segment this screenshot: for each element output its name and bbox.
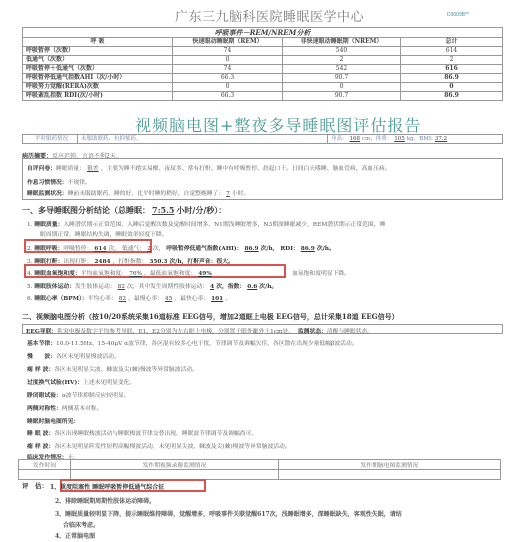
sleep-breathing-line: 2. 睡眠呼吸：呼吸暂停：614次， 低通气：2次， 呼吸暂停低通气指数(AHI… — [27, 243, 335, 252]
eeg-line-slow-wave: 慢 波：各区未见明显慢波活动。 — [27, 351, 120, 360]
table-row: 呼吸紊乱指数 RDI(次/小时) 66.3 90.7 86.9 — [23, 92, 503, 101]
eeg-line-eye-test: 睁闭眼试验：α波节律抑制反应较明显。 — [27, 390, 129, 399]
oxygen-note: 血氧饱和度明显下降。 — [292, 268, 350, 277]
height-value: 168 — [348, 136, 363, 142]
medication-value: 未服助眠药、抗抑郁药。 — [78, 135, 328, 144]
eeg-line-symmetry: 两侧对称性：两侧基本对称。 — [27, 403, 102, 412]
table-row: 呼吸暂停（次数） 74 540 614 — [23, 47, 503, 56]
col-header: 总计 — [401, 38, 503, 47]
eeg-line-basic-rhythm: 基本节律：10.0-11.5Hz、15-40μV α波节律，各区混有较多心电干扰… — [27, 338, 358, 347]
section1-title: 一、多导睡眠图分析结论（总睡眠：7:5.5小时/分/秒）： — [22, 205, 226, 216]
col-header: 快速眼动睡眠期（REM） — [173, 38, 283, 47]
rem-nrem-table: 呼吸事件－REM/NREM分析 呼 吸 快速眼动睡眠期（REM） 非快速眼动睡眠… — [22, 27, 503, 101]
hospital-title: 广东三九脑科医院睡眠医学中心 — [175, 6, 364, 25]
questionnaire-line: 自评问卷：睡眠质量：很差，主要为睡不踏实易醒、夜尿多、常有打鼾、睡中有呼吸暂停、… — [27, 163, 390, 172]
eeg-lead-box: EEG导联：乳突电极及数字平均参考导联，E1、E2分别为左右眶上电极，分别置于眼… — [22, 324, 503, 334]
eeg-line-sleep-header: 睡眠时脑电图所见： — [27, 416, 79, 425]
col-header: 发作时间 — [19, 460, 71, 470]
sleep-quality-line-2: 眠周期正常，睡眠结构失调，睡眠效率轻度下降。 — [40, 229, 168, 238]
patient-info-table: 平时服药情况 未服助眠药、抗抑郁药。 身高：168cm；体重：105kg，BMI… — [22, 134, 503, 144]
report-title: 视频脑电图+整夜多导睡眠图评估报告 — [135, 113, 421, 136]
medication-label: 平时服药情况 — [23, 135, 78, 144]
eeg-line-epileptiform: 痫 样 波：各区未见明显尖波、棘波及尖(棘)慢波等异常脑波活动。 — [27, 364, 198, 373]
habit-line: 作息习惯情况：不规律。 — [27, 177, 91, 186]
col-header: 呼 吸 — [23, 38, 173, 47]
table-row: 呼吸暂停低通气指数AHI（次/小时） 66.3 90.7 86.9 — [23, 74, 503, 83]
table-row: 呼吸暂停＋低通气（次数） 74 542 616 — [23, 65, 503, 74]
report-page: 广东三九脑科医院睡眠医学中心 D3009B** 呼吸事件－REM/NREM分析 … — [0, 0, 525, 542]
eeg-line-sleep-wave: 睡 眠 波：各区出现睡眠梭波活动与睡眠梭波节律交替出现，睡眠波节律调节及调幅尚可… — [27, 428, 257, 437]
table-caption: 呼吸事件－REM/NREM分析 — [23, 28, 503, 38]
col-header: 发作期脑电图监测情况 — [279, 460, 501, 470]
weight-value: 105 — [392, 136, 407, 142]
evaluation-item-3: 3、睡眠质量较明显下降，提示睡眠维持障碍，觉醒增多，呼吸事件关联觉醒617次，浅… — [55, 509, 402, 518]
col-header: 非快速眼动睡眠期（NREM） — [283, 38, 401, 47]
evaluation-item-4: 4、正常脑电图 — [55, 531, 95, 540]
eeg-line-hyperventilation: 过度换气试验(HV)：上述未见明显变化。 — [27, 377, 135, 386]
eeg-line-sleep-epileptiform: 痫 样 波：各区未见明显阵发性短程高幅慢波活动，未见明显尖波、棘波及尖(棘)慢波… — [27, 441, 291, 450]
evaluation-item-1: 1、重度阻塞性 睡眠呼吸暂停低通气综合征 — [50, 482, 164, 491]
document-code: D3009B** — [447, 12, 469, 18]
evaluation-label: 评 估： — [22, 481, 48, 490]
limb-movement-line: 5. 睡眠肢体运动：发生肢体运动：82次，其中发生周期性肢体运动：4次，指数：0… — [27, 281, 277, 290]
body-metrics: 身高：168cm；体重：105kg，BMI:37.2 — [328, 135, 503, 144]
oxygen-saturation-line: 4. 睡眠血氧饱和度：平均血氧饱和度：76%，最低血氧饱和度：49% — [27, 268, 214, 277]
evaluation-item-2: 2、排除睡眠期周期性肢体运动障碍。 — [55, 496, 155, 505]
evaluation-item-3-cont: 合临床考虑。 — [63, 520, 99, 529]
seizure-table: 发作时间 发作期视频录像监测情况 发作期脑电图监测情况 — [18, 459, 501, 480]
table-row: 低通气（次数） 0 2 2 — [23, 56, 503, 65]
bmi-value: 37.2 — [433, 136, 449, 142]
col-header: 发作期视频录像监测情况 — [71, 460, 279, 470]
section2-title: 二、视频脑电图分析（按10/20系统采集16道标准 EEG信号，增加2道眶上电极… — [22, 312, 399, 322]
table-row: 呼吸努力觉醒(RERA)次数 0 0 0 — [23, 83, 503, 92]
heart-rate-line: 6. 睡眠心率（BPM）：平均心率：82，最慢心率：45，最快心率：101。 — [27, 293, 231, 302]
sleep-quality-line: 1. 睡眠质量：入睡潜伏期示正常范围，入睡后觉醒次数及觉醒时间增多，N1期浅睡眠… — [27, 219, 385, 228]
self-assessment-box: 自评问卷：睡眠质量：很差，主要为睡不踏实易醒、夜尿多、常有打鼾、睡中有呼吸暂停、… — [22, 158, 503, 200]
table-row — [19, 470, 501, 480]
monitor-line: 睡眠监测状况：睡前未服助眠药，睡的好，比平时睡的稍好，自觉整晚睡了：7小时。 — [27, 188, 249, 197]
